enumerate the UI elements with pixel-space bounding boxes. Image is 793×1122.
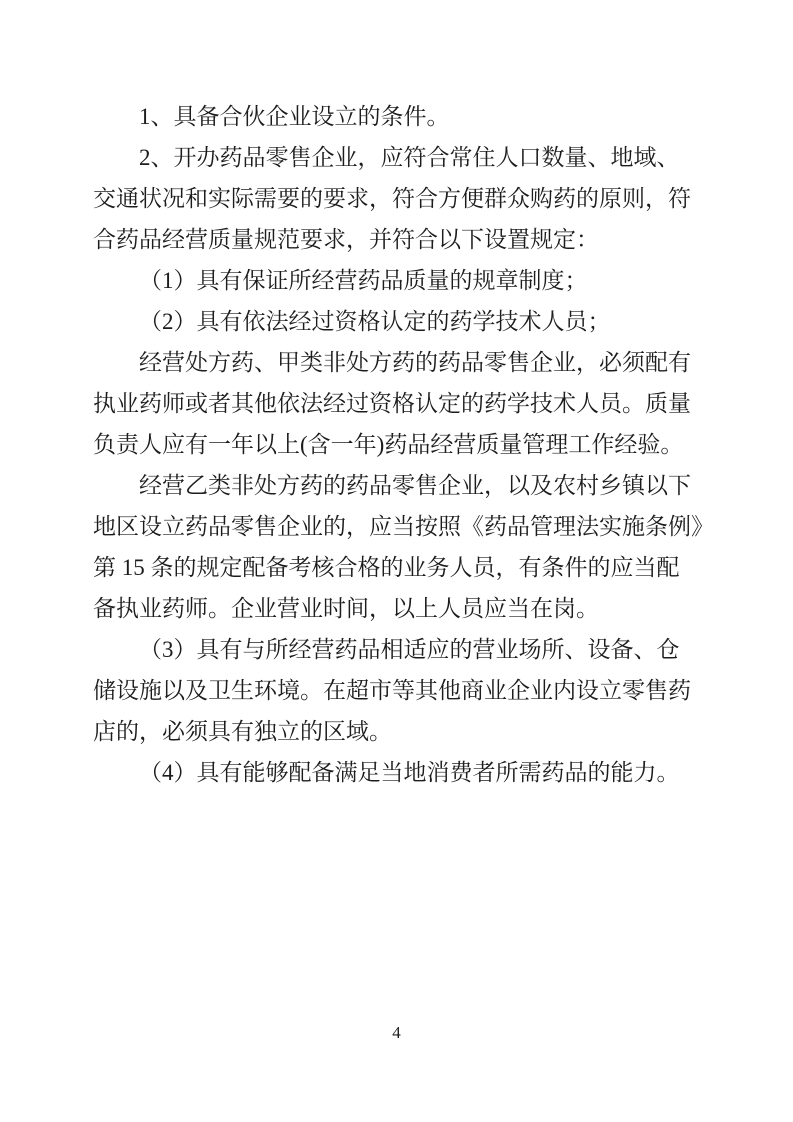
text-line: 地区设立药品零售企业的，应当按照《药品管理法实施条例》 (93, 506, 707, 547)
paragraph: （1）具有保证所经营药品质量的规章制度； (93, 260, 707, 301)
paragraph: 经营乙类非处方药的药品零售企业，以及农村乡镇以下地区设立药品零售企业的，应当按照… (93, 465, 707, 629)
page-footer: 4 (0, 1022, 793, 1044)
paragraph: （4）具有能够配备满足当地消费者所需药品的能力。 (93, 752, 707, 793)
text-line: 经营乙类非处方药的药品零售企业，以及农村乡镇以下 (93, 465, 707, 506)
document-page: 1、具备合伙企业设立的条件。2、开办药品零售企业，应符合常住人口数量、地域、交通… (0, 0, 793, 1122)
text-line: （1）具有保证所经营药品质量的规章制度； (93, 260, 707, 301)
text-line: 1、具备合伙企业设立的条件。 (93, 96, 707, 137)
text-line: 储设施以及卫生环境。在超市等其他商业企业内设立零售药 (93, 670, 707, 711)
text-line: （3）具有与所经营药品相适应的营业场所、设备、仓 (93, 629, 707, 670)
text-line: 备执业药师。企业营业时间，以上人员应当在岗。 (93, 588, 707, 629)
paragraph: 1、具备合伙企业设立的条件。 (93, 96, 707, 137)
text-line: 执业药师或者其他依法经过资格认定的药学技术人员。质量 (93, 383, 707, 424)
page-content: 1、具备合伙企业设立的条件。2、开办药品零售企业，应符合常住人口数量、地域、交通… (93, 96, 707, 793)
text-line: 2、开办药品零售企业，应符合常住人口数量、地域、 (93, 137, 707, 178)
text-line: （4）具有能够配备满足当地消费者所需药品的能力。 (93, 752, 707, 793)
text-line: （2）具有依法经过资格认定的药学技术人员； (93, 301, 707, 342)
paragraph: （2）具有依法经过资格认定的药学技术人员； (93, 301, 707, 342)
text-line: 店的，必须具有独立的区域。 (93, 711, 707, 752)
text-line: 合药品经营质量规范要求，并符合以下设置规定： (93, 219, 707, 260)
text-line: 交通状况和实际需要的要求，符合方便群众购药的原则，符 (93, 178, 707, 219)
paragraph: 2、开办药品零售企业，应符合常住人口数量、地域、交通状况和实际需要的要求，符合方… (93, 137, 707, 260)
paragraph: （3）具有与所经营药品相适应的营业场所、设备、仓储设施以及卫生环境。在超市等其他… (93, 629, 707, 752)
page-number: 4 (392, 1023, 401, 1042)
text-line: 负责人应有一年以上(含一年)药品经营质量管理工作经验。 (93, 424, 707, 465)
text-line: 经营处方药、甲类非处方药的药品零售企业，必须配有 (93, 342, 707, 383)
paragraph: 经营处方药、甲类非处方药的药品零售企业，必须配有执业药师或者其他依法经过资格认定… (93, 342, 707, 465)
text-line: 第 15 条的规定配备考核合格的业务人员，有条件的应当配 (93, 547, 707, 588)
